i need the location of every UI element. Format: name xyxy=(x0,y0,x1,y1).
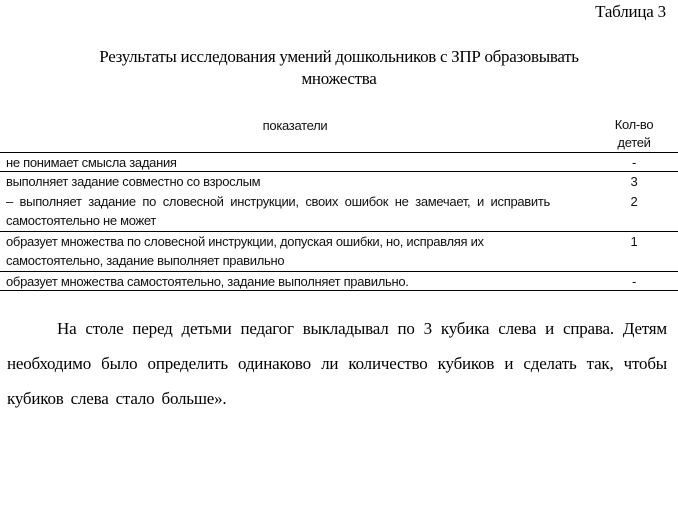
header-indicators: показатели xyxy=(0,114,590,152)
header-count-line-1: Кол-во xyxy=(590,116,678,134)
table-title: Результаты исследования умений дошкольни… xyxy=(0,46,678,90)
row-count: 2 xyxy=(590,192,678,231)
row-indicator: – выполняет задание по словесной инструк… xyxy=(0,192,560,231)
table-title-line-1: Результаты исследования умений дошкольни… xyxy=(0,46,678,68)
table-row: – выполняет задание по словесной инструк… xyxy=(0,192,678,232)
row-count: - xyxy=(590,272,678,290)
table-header-row: показатели Кол-во детей xyxy=(0,114,678,153)
table-row: выполняет задание совместно со взрослым … xyxy=(0,172,678,192)
row-indicator: образует множества самостоятельно, задан… xyxy=(0,272,560,290)
table-row: не понимает смысла задания - xyxy=(0,153,678,172)
row-count: 1 xyxy=(590,232,678,271)
table-row: образует множества самостоятельно, задан… xyxy=(0,272,678,291)
table-title-line-2: множества xyxy=(0,68,678,90)
results-table: показатели Кол-во детей не понимает смыс… xyxy=(0,114,678,291)
row-indicator: образует множества по словесной инструкц… xyxy=(0,232,560,271)
table-row: образует множества по словесной инструкц… xyxy=(0,232,678,272)
row-count: - xyxy=(590,153,678,171)
row-indicator: выполняет задание совместно со взрослым xyxy=(0,172,560,192)
row-count: 3 xyxy=(590,172,678,192)
body-paragraph: На столе перед детьми педагог выкладывал… xyxy=(7,311,667,416)
header-count: Кол-во детей xyxy=(590,114,678,152)
row-indicator: не понимает смысла задания xyxy=(0,153,560,171)
table-caption: Таблица 3 xyxy=(595,2,666,22)
header-count-line-2: детей xyxy=(590,134,678,152)
